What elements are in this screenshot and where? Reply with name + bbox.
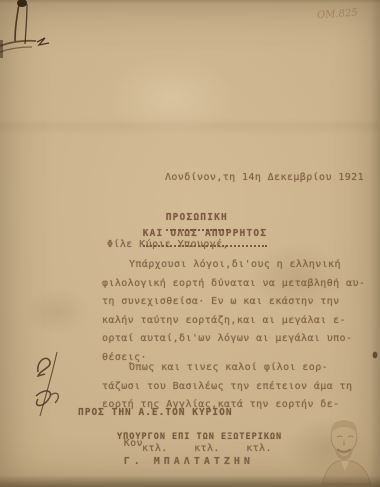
- body-paragraph-1: Υπάρχουσι λόγοι,δι'ους η ελληνική φιλολο…: [102, 256, 374, 367]
- body-line: τάζωσι του Βασιλέως την επέτειον άμα τη: [102, 378, 374, 397]
- body-line: Υπάρχουσι λόγοι,δι'ους η ελληνική: [102, 256, 374, 275]
- body-line: Όπως και τινες καλοί φίλοι εορ-: [102, 359, 374, 378]
- body-line: ορταί αυταί,δι'ων λόγων αι μεγάλαι υπο-: [102, 330, 374, 349]
- handwritten-annotation: [26, 350, 72, 420]
- salutation: Φίλε Κύριε Υπουργέ,: [107, 236, 229, 255]
- archive-number: ΟΜ.825: [317, 8, 358, 22]
- body-line: καλήν ταύτην εορτάζη,και αι μεγάλαι ε-: [102, 312, 374, 331]
- date-line: Λονδίνον,τη 14η Δεκεμβρίου 1921: [165, 169, 364, 188]
- body-line: τη συνεχισθείσα· Εν ω και εκάστην την: [102, 293, 374, 312]
- letter-scan-page: ΟΜ.825 Λονδίνον,τη 14η Δεκεμβρίου 1921 Π…: [0, 0, 380, 487]
- corner-ink-marks: [0, 0, 62, 62]
- etc-line: κτλ. κτλ. κτλ.: [142, 440, 272, 459]
- portrait-stamp: [316, 413, 374, 485]
- body-line: φιλολογική εορτή δύναται να μεταβληθή αυ…: [102, 275, 374, 294]
- ink-spot: [371, 350, 379, 360]
